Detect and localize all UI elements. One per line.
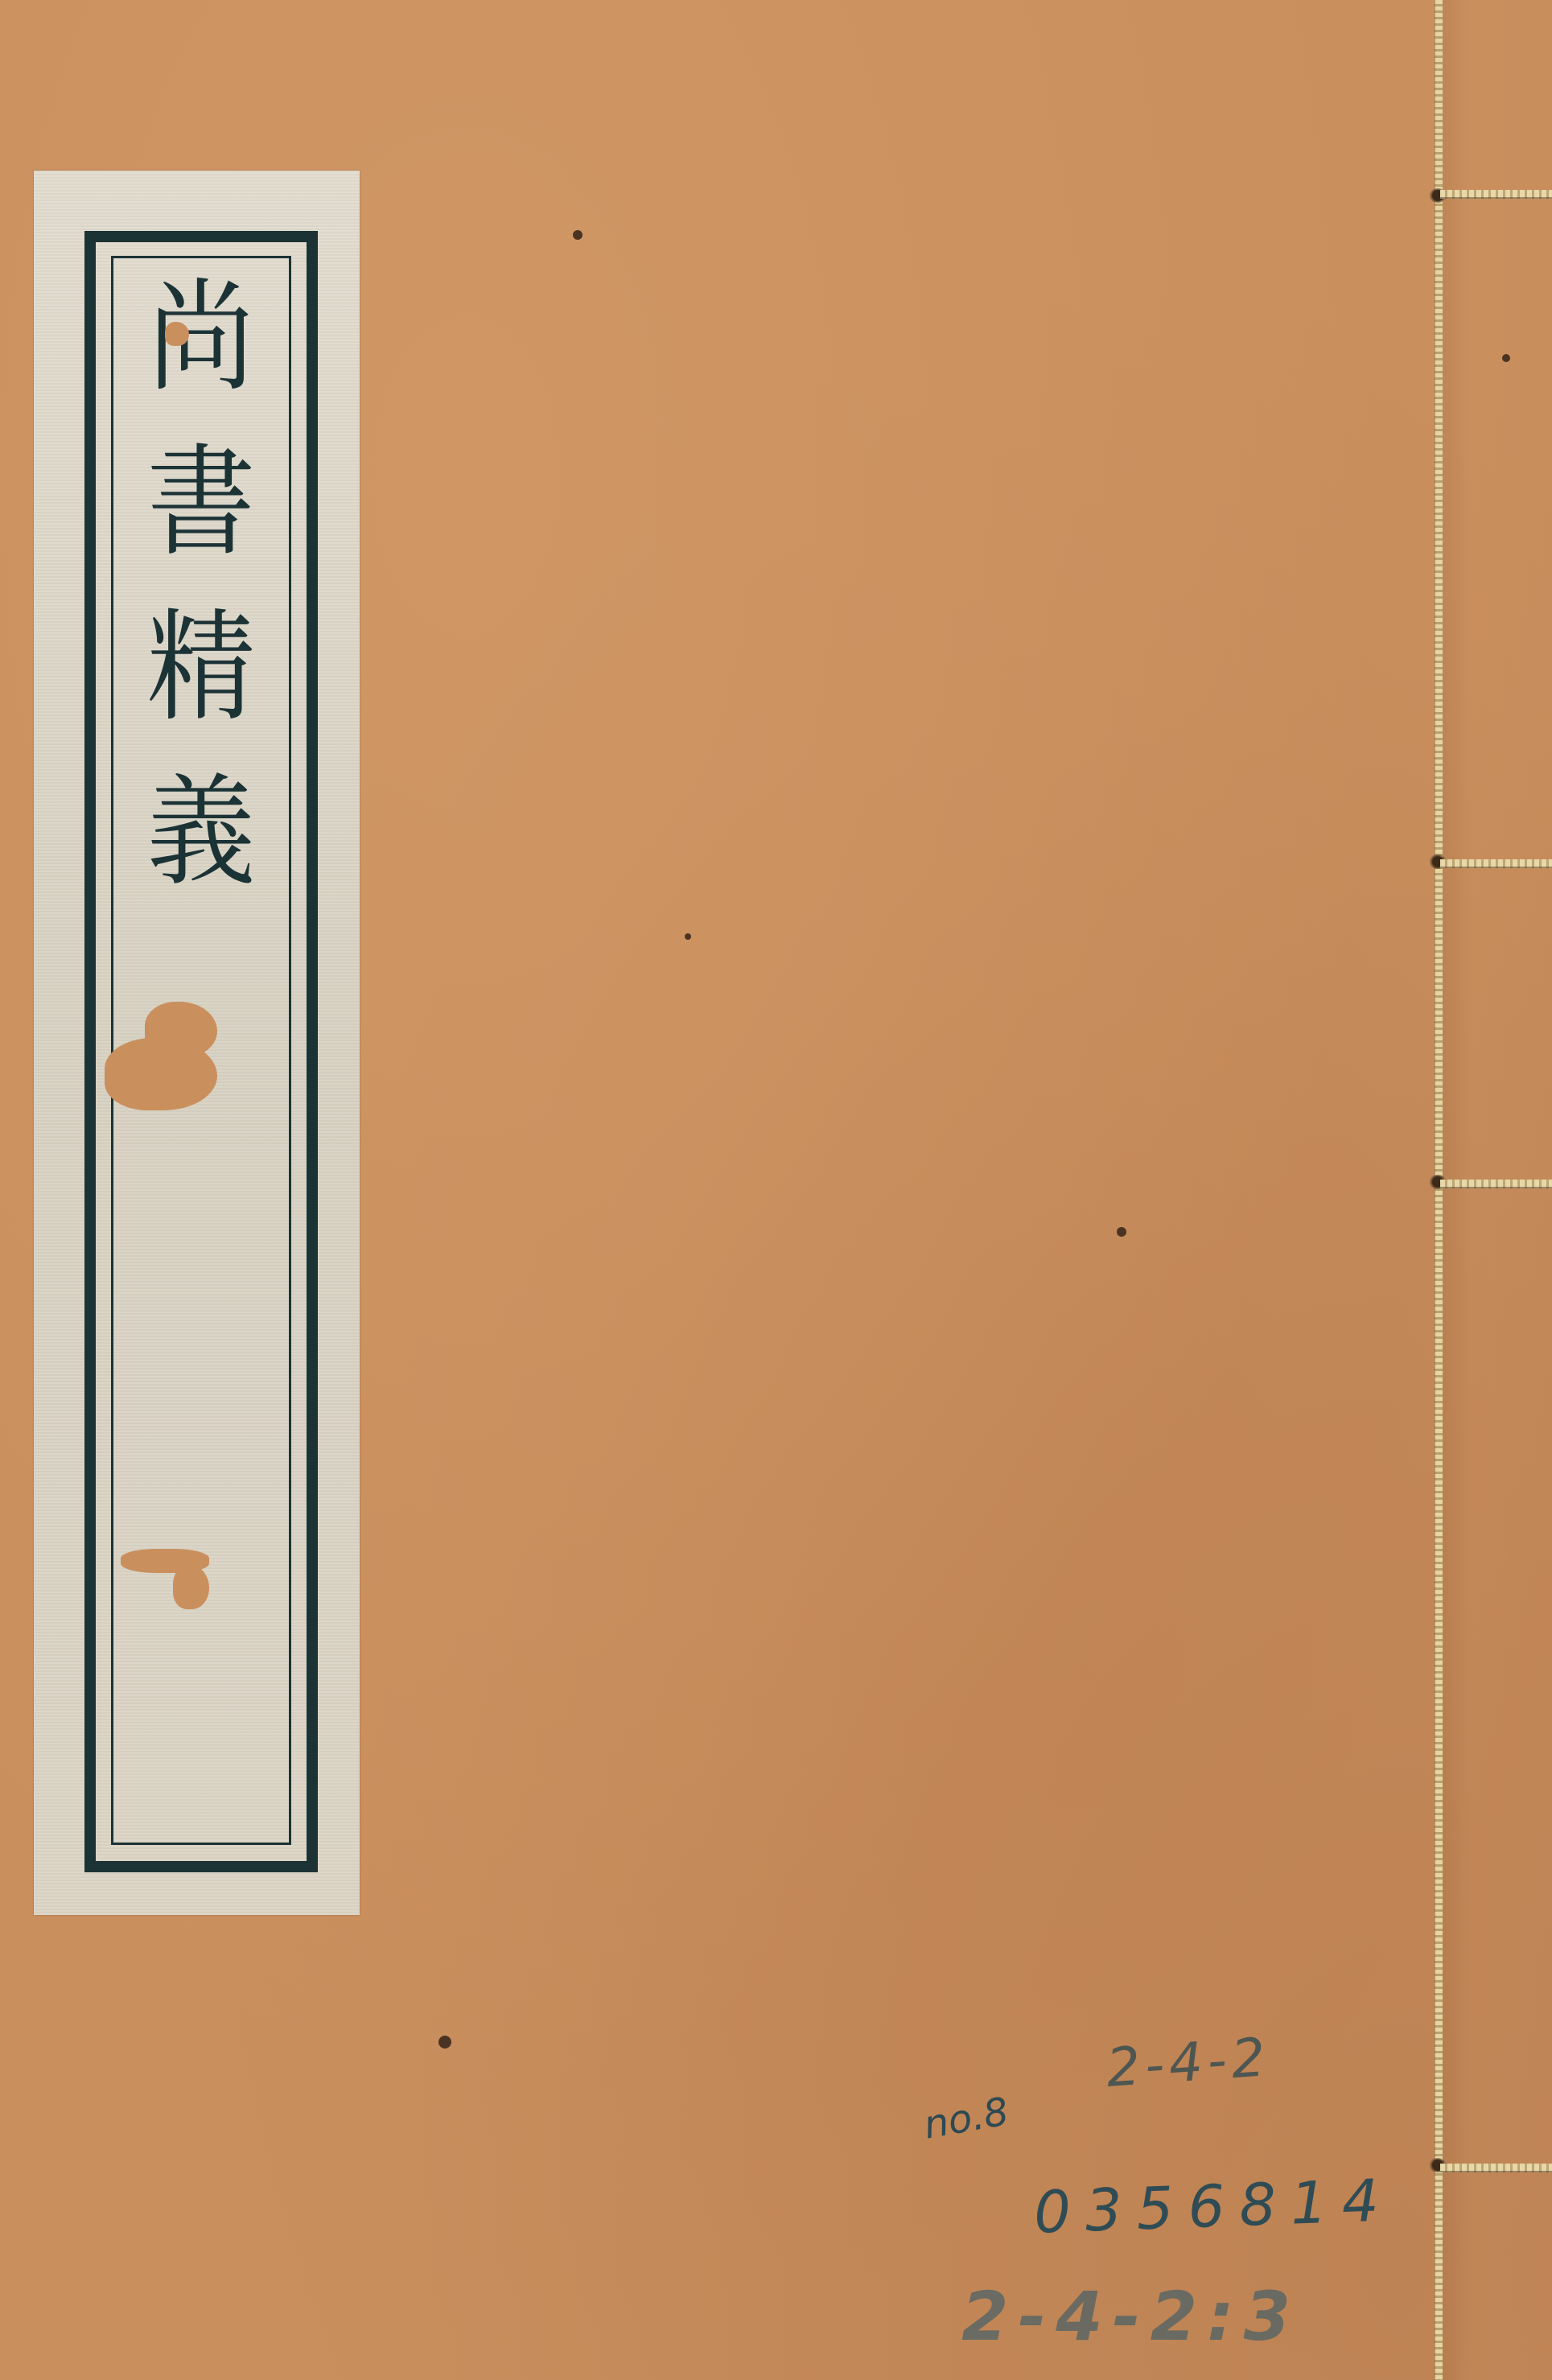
binding-thread-horizontal: [1440, 2164, 1552, 2172]
paper-loss-stain: [173, 1565, 209, 1609]
shelf-mark-bottom: 2-4-2:3: [961, 2277, 1300, 2356]
speck: [1117, 1227, 1126, 1237]
speck: [438, 2036, 451, 2049]
speck: [1502, 354, 1510, 362]
spine-edge: [1436, 0, 1552, 2380]
paper-loss-stain: [145, 1002, 217, 1058]
speck: [685, 933, 691, 940]
paper-loss-stain: [165, 322, 189, 346]
binding-thread-horizontal: [1440, 1180, 1552, 1188]
binding-thread-vertical: [1435, 0, 1443, 2380]
catalog-number: 0356814: [1033, 2166, 1394, 2246]
title-char: 義: [146, 760, 255, 925]
volume-note: no.8: [920, 2089, 1012, 2147]
binding-thread-horizontal: [1440, 859, 1552, 868]
book-cover: 尚 書 精 義 2-4-2 no.8 0356814 2-4-2:3: [0, 0, 1552, 2380]
speck: [573, 230, 583, 240]
shelf-mark-top: 2-4-2: [1105, 2026, 1272, 2099]
title-char: 精: [146, 595, 255, 760]
binding-thread-horizontal: [1440, 190, 1552, 199]
title-char: 尚: [146, 266, 255, 430]
book-title: 尚 書 精 義: [121, 266, 282, 925]
title-char: 書: [146, 430, 255, 595]
